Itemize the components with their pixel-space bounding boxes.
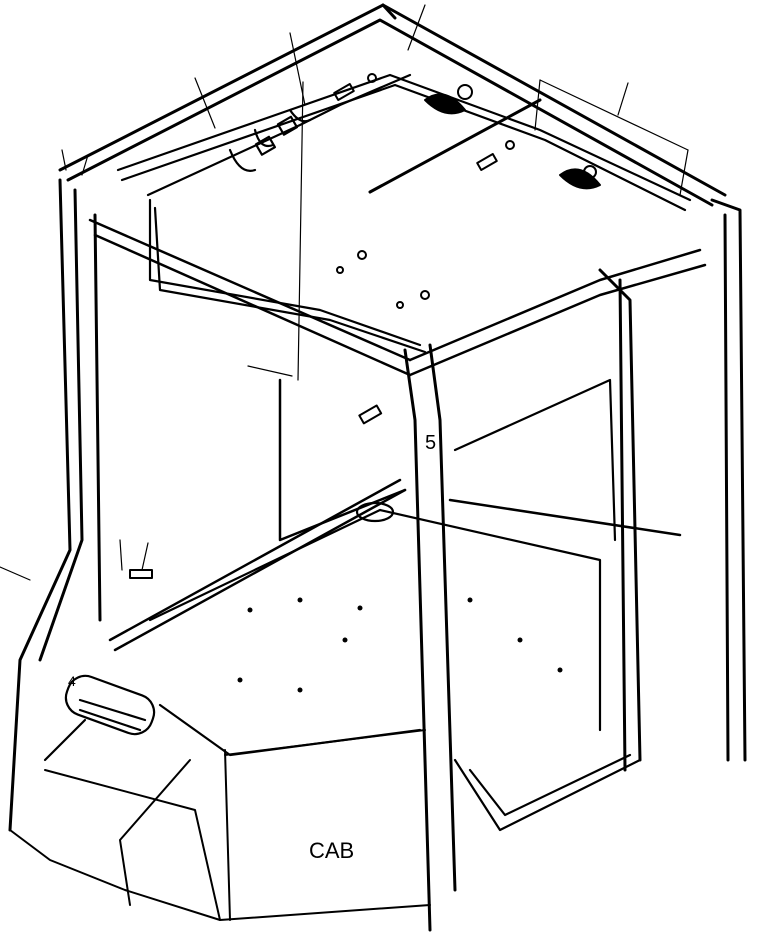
cab-label: CAB [309,838,354,864]
lower-front-panel [10,730,430,920]
roof-frame [60,5,725,205]
callout-4: 4 [68,673,76,689]
floor-plate [150,503,600,755]
roof-wiring-harness [118,75,690,352]
control-box [45,671,159,760]
rotating-beacon-mounts [425,85,600,188]
bolts [130,74,514,578]
callout-5: 5 [425,432,436,455]
cab-harness-diagram [0,0,773,934]
pillars [10,180,745,930]
door-frame [455,380,640,830]
